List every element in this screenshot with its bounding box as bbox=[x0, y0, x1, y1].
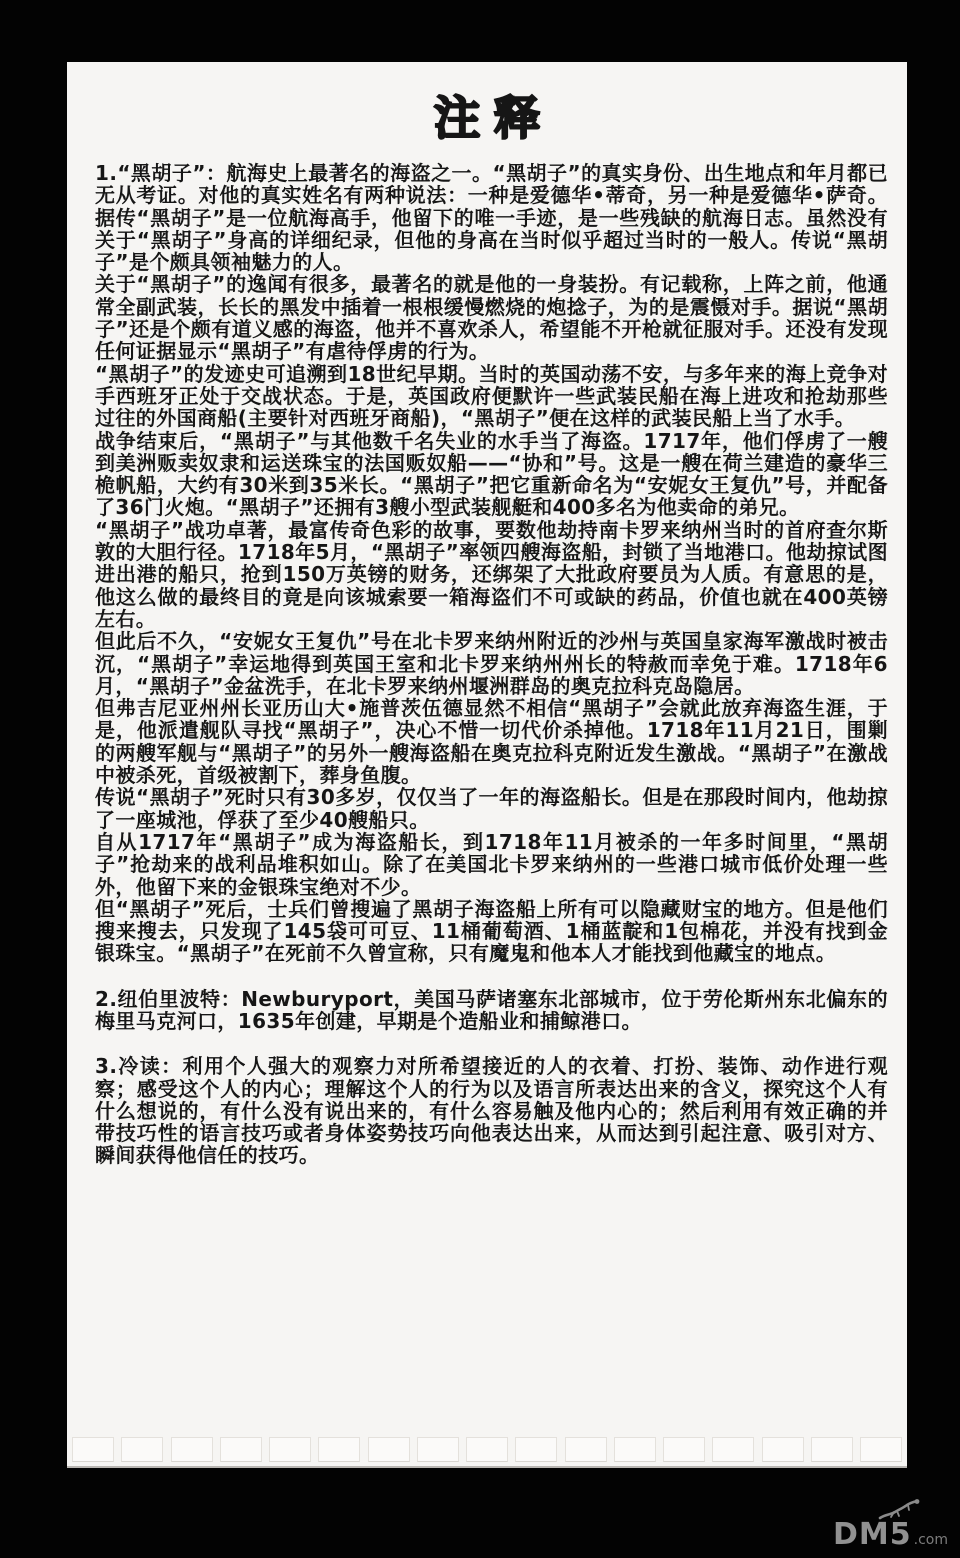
faint-panel-cell bbox=[466, 1437, 508, 1462]
note-1-paragraph: 自从1717年“黑胡子”成为海盗船长，到1718年11月被杀的一年多时间里，“黑… bbox=[95, 831, 888, 898]
faint-panel-cell bbox=[860, 1437, 902, 1462]
note-1-paragraph: 但此后不久，“安妮女王复仇”号在北卡罗来纳州附近的沙州与英国皇家海军激战时被击沉… bbox=[95, 630, 888, 697]
note-1-paragraph: 但弗吉尼亚州州长亚历山大•施普茨伍德显然不相信“黑胡子”会就此放弃海盗生涯，于是… bbox=[95, 697, 888, 786]
faint-panel-row bbox=[72, 1437, 902, 1464]
note-1-paragraph: “黑胡子”战功卓著，最富传奇色彩的故事，要数他劫持南卡罗来纳州当时的首府查尔斯敦… bbox=[95, 519, 888, 630]
note-1-paragraph: 战争结束后，“黑胡子”与其他数千名失业的水手当了海盗。1717年，他们俘虏了一艘… bbox=[95, 430, 888, 519]
faint-panel-cell bbox=[663, 1437, 705, 1462]
faint-panel-cell bbox=[762, 1437, 804, 1462]
note-1-paragraph: 关于“黑胡子”的逸闻有很多，最著名的就是他的一身装扮。有记载称，上阵之前，他通常… bbox=[95, 273, 888, 362]
page-title: 注释 bbox=[67, 82, 907, 148]
screen: { "title": "注释", "notes": { "n1": { "par… bbox=[0, 0, 960, 1558]
faint-panel-cell bbox=[220, 1437, 262, 1462]
notes-page: 注释 1.“黑胡子”：航海史上最著名的海盗之一。“黑胡子”的真实身份、出生地点和… bbox=[67, 62, 907, 1468]
watermark-tld: .com bbox=[914, 1532, 948, 1548]
note-2-paragraph: 2.纽伯里波特：Newburyport，美国马萨诸塞东北部城市，位于劳伦斯州东北… bbox=[95, 988, 888, 1033]
faint-panel-cell bbox=[171, 1437, 213, 1462]
faint-panel-cell bbox=[417, 1437, 459, 1462]
faint-panel-cell bbox=[811, 1437, 853, 1462]
faint-panel-cell bbox=[565, 1437, 607, 1462]
watermark-brand: DM5 bbox=[833, 1520, 912, 1550]
watermark: DM5 .com bbox=[833, 1520, 948, 1550]
faint-panel-cell bbox=[269, 1437, 311, 1462]
faint-panel-cell bbox=[712, 1437, 754, 1462]
faint-panel-cell bbox=[72, 1437, 114, 1462]
note-1-paragraph: “黑胡子”的发迹史可追溯到18世纪早期。当时的英国动荡不安，与多年来的海上竞争对… bbox=[95, 363, 888, 430]
gecko-mascot-icon bbox=[878, 1498, 920, 1524]
faint-panel-cell bbox=[121, 1437, 163, 1462]
note-3-paragraph: 3.冷读：利用个人强大的观察力对所希望接近的人的衣着、打扮、装饰、动作进行观察；… bbox=[95, 1055, 888, 1166]
note-1-paragraph: 传说“黑胡子”死时只有30多岁，仅仅当了一年的海盗船长。但是在那段时间内，他劫掠… bbox=[95, 786, 888, 831]
note-1-paragraph: 但“黑胡子”死后，士兵们曾搜遍了黑胡子海盗船上所有可以隐藏财宝的地方。但是他们搜… bbox=[95, 898, 888, 965]
faint-panel-cell bbox=[318, 1437, 360, 1462]
faint-panel-cell bbox=[614, 1437, 656, 1462]
notes-text-block: 1.“黑胡子”：航海史上最著名的海盗之一。“黑胡子”的真实身份、出生地点和年月都… bbox=[95, 162, 888, 1167]
faint-panel-cell bbox=[515, 1437, 557, 1462]
note-1-paragraph: 1.“黑胡子”：航海史上最著名的海盗之一。“黑胡子”的真实身份、出生地点和年月都… bbox=[95, 162, 888, 273]
faint-panel-cell bbox=[368, 1437, 410, 1462]
